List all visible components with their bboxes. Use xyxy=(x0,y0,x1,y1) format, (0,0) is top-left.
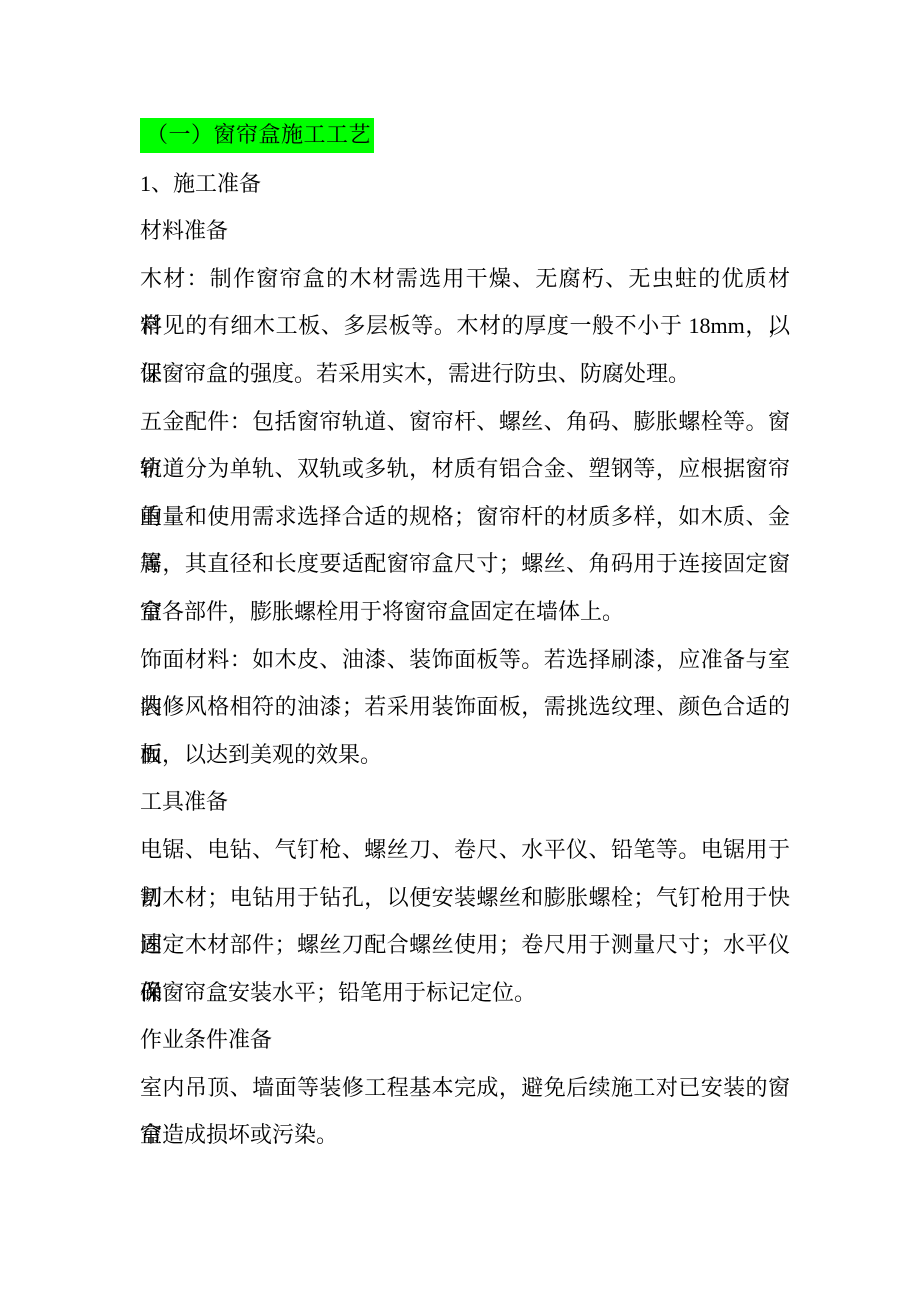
text-line: 装修风格相符的油漆；若采用装饰面板，需挑选纹理、颜色合适的面 xyxy=(140,683,790,731)
text-line: 饰面材料：如木皮、油漆、装饰面板等。若选择刷漆，应准备与室内 xyxy=(140,636,790,684)
heading-tool-prep: 工具准备 xyxy=(140,778,790,826)
text-line: 重量和使用需求选择合适的规格；窗帘杆的材质多样，如木质、金属 xyxy=(140,493,790,541)
text-line: 保窗帘盒安装水平；铅笔用于标记定位。 xyxy=(140,969,790,1017)
heading-work-condition-prep: 作业条件准备 xyxy=(140,1016,790,1064)
text-line: 割木材；电钻用于钻孔，以便安装螺丝和膨胀螺栓；气钉枪用于快速 xyxy=(140,874,790,922)
heading-construction-prep: 1、施工准备 xyxy=(140,160,790,208)
text-line: 盒造成损坏或污染。 xyxy=(140,1111,790,1159)
text-line: 等，其直径和长度要适配窗帘盒尺寸；螺丝、角码用于连接固定窗帘 xyxy=(140,540,790,588)
text-line: 轨道分为单轨、双轨或多轨，材质有铝合金、塑钢等，应根据窗帘的 xyxy=(140,445,790,493)
text-line: 木材：制作窗帘盒的木材需选用干燥、无腐朽、无虫蛀的优质材料， xyxy=(140,255,790,303)
section-heading-highlight: （一）窗帘盒施工工艺 xyxy=(140,118,374,153)
document-page: （一）窗帘盒施工工艺 1、施工准备 材料准备 木材：制作窗帘盒的木材需选用干燥、… xyxy=(0,0,920,1302)
text-line: 固定木材部件；螺丝刀配合螺丝使用；卷尺用于测量尺寸；水平仪确 xyxy=(140,921,790,969)
text-line: 常见的有细木工板、多层板等。木材的厚度一般不小于 18mm，以保 xyxy=(140,302,790,350)
text-line: 证窗帘盒的强度。若采用实木，需进行防虫、防腐处理。 xyxy=(140,350,790,398)
section-heading: （一）窗帘盒施工工艺 xyxy=(140,112,790,160)
text-line: 盒各部件，膨胀螺栓用于将窗帘盒固定在墙体上。 xyxy=(140,588,790,636)
text-line: 电锯、电钻、气钉枪、螺丝刀、卷尺、水平仪、铅笔等。电锯用于切 xyxy=(140,826,790,874)
text-line: 五金配件：包括窗帘轨道、窗帘杆、螺丝、角码、膨胀螺栓等。窗帘 xyxy=(140,398,790,446)
heading-material-prep: 材料准备 xyxy=(140,207,790,255)
text-line: 板，以达到美观的效果。 xyxy=(140,731,790,779)
text-line: 室内吊顶、墙面等装修工程基本完成，避免后续施工对已安装的窗帘 xyxy=(140,1064,790,1112)
